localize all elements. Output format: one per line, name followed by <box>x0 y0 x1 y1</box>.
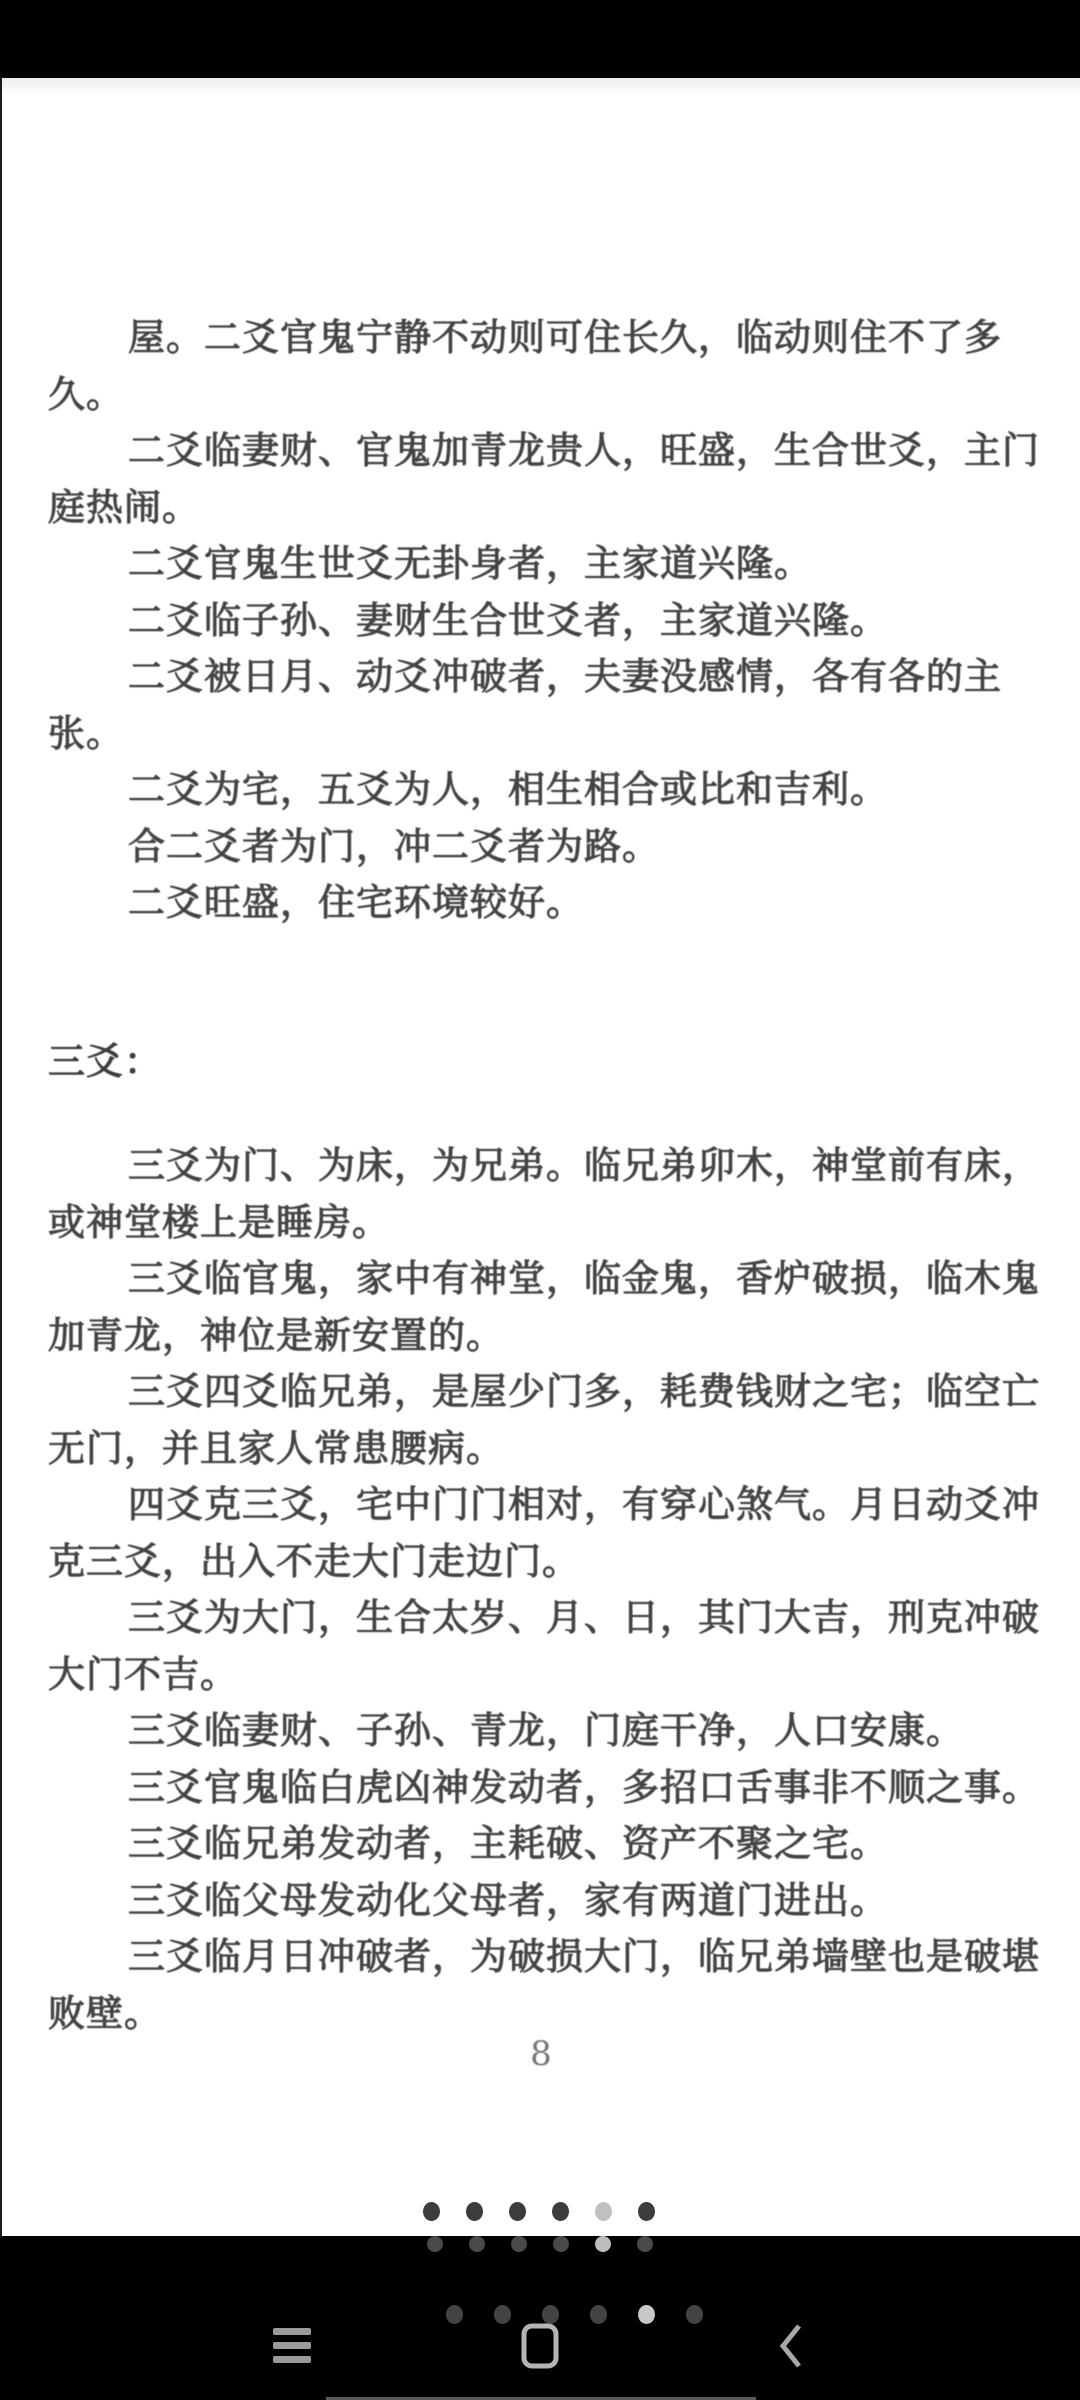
top-bar <box>0 0 1080 78</box>
paragraph: 二爻临子孙、妻财生合世爻者，主家道兴隆。 <box>48 593 1068 650</box>
paragraph: 二爻旺盛，住宅环境较好。 <box>48 875 1068 932</box>
paragraph: 二爻临妻财、官鬼加青龙贵人，旺盛，生合世爻，主门庭热闹。 <box>48 423 1068 536</box>
paragraph: 二爻官鬼生世爻无卦身者，主家道兴隆。 <box>48 536 1068 593</box>
recents-button[interactable] <box>262 2316 322 2376</box>
paragraph: 三爻临妻财、子孙、青龙，门庭干净，人口安康。 <box>48 1703 1068 1760</box>
page-text: 屋。二爻官鬼宁静不动则可住长久，临动则住不了多久。二爻临妻财、官鬼加青龙贵人，旺… <box>48 310 1068 2042</box>
ghost-dot <box>686 2305 703 2324</box>
ghost-dot <box>494 2305 511 2324</box>
paragraph: 三爻临月日冲破者，为破损大门，临兄弟墙壁也是破堪败壁。 <box>48 1929 1068 2042</box>
ghost-dot <box>427 2236 443 2252</box>
home-button[interactable] <box>510 2316 570 2376</box>
paragraphs-part-3: 三爻为门、为床，为兄弟。临兄弟卯木，神堂前有床，或神堂楼上是睡房。三爻临官鬼，家… <box>48 1138 1068 2042</box>
ghost-dot <box>595 2236 611 2252</box>
page-dot[interactable] <box>509 2202 526 2221</box>
section-heading: 三爻： <box>48 1034 1068 1091</box>
paragraph: 二爻被日月、动爻冲破者，夫妻没感情，各有各的主张。 <box>48 649 1068 762</box>
ghost-dot <box>638 2305 655 2324</box>
ghost-dot <box>637 2236 653 2252</box>
recents-icon <box>272 2324 312 2368</box>
paragraph: 三爻为门、为床，为兄弟。临兄弟卯木，神堂前有床，或神堂楼上是睡房。 <box>48 1138 1068 1251</box>
ghost-dot <box>590 2305 607 2324</box>
paragraph: 四爻克三爻，宅中门门相对，有穿心煞气。月日动爻冲克三爻，出入不走大门走边门。 <box>48 1477 1068 1590</box>
paragraph: 合二爻者为门，冲二爻者为路。 <box>48 819 1068 876</box>
paragraph: 三爻为大门，生合太岁、月、日，其门大吉，刑克冲破大门不吉。 <box>48 1590 1068 1703</box>
page-indicator-ghost <box>0 2236 1080 2252</box>
page-indicator[interactable] <box>0 2202 1079 2221</box>
paragraph: 三爻临父母发动化父母者，家有两道门进出。 <box>48 1873 1068 1930</box>
ghost-dot <box>446 2305 463 2324</box>
ghost-dot <box>511 2236 527 2252</box>
paragraph: 三爻官鬼临白虎凶神发动者，多招口舌事非不顺之事。 <box>48 1760 1068 1817</box>
page-dot[interactable] <box>638 2202 655 2221</box>
page-dot[interactable] <box>466 2202 483 2221</box>
paragraph: 三爻临官鬼，家中有神堂，临金鬼，香炉破损，临木鬼加青龙，神位是新安置的。 <box>48 1251 1068 1364</box>
ghost-dot <box>553 2236 569 2252</box>
page-number: 8 <box>2 2034 1080 2074</box>
paragraph: 二爻为宅，五爻为人，相生相合或比和吉利。 <box>48 762 1068 819</box>
home-icon <box>520 2322 560 2370</box>
paragraph: 屋。二爻官鬼宁静不动则可住长久，临动则住不了多久。 <box>48 310 1068 423</box>
document-page[interactable]: 屋。二爻官鬼宁静不动则可住长久，临动则住不了多久。二爻临妻财、官鬼加青龙贵人，旺… <box>0 78 1080 2236</box>
page-top-shade <box>2 78 1080 94</box>
page-dot[interactable] <box>423 2202 440 2221</box>
paragraph: 三爻四爻临兄弟，是屋少门多，耗费钱财之宅；临空亡无门，并且家人常患腰病。 <box>48 1364 1068 1477</box>
spacer <box>48 932 1068 1034</box>
back-button[interactable] <box>760 2316 820 2376</box>
paragraph: 三爻临兄弟发动者，主耗破、资产不聚之宅。 <box>48 1816 1068 1873</box>
page-dot[interactable] <box>595 2202 612 2221</box>
paragraphs-part-2: 屋。二爻官鬼宁静不动则可住长久，临动则住不了多久。二爻临妻财、官鬼加青龙贵人，旺… <box>48 310 1068 932</box>
spacer <box>48 1090 1068 1138</box>
page-dot[interactable] <box>552 2202 569 2221</box>
ghost-dot <box>469 2236 485 2252</box>
back-icon <box>775 2322 805 2370</box>
